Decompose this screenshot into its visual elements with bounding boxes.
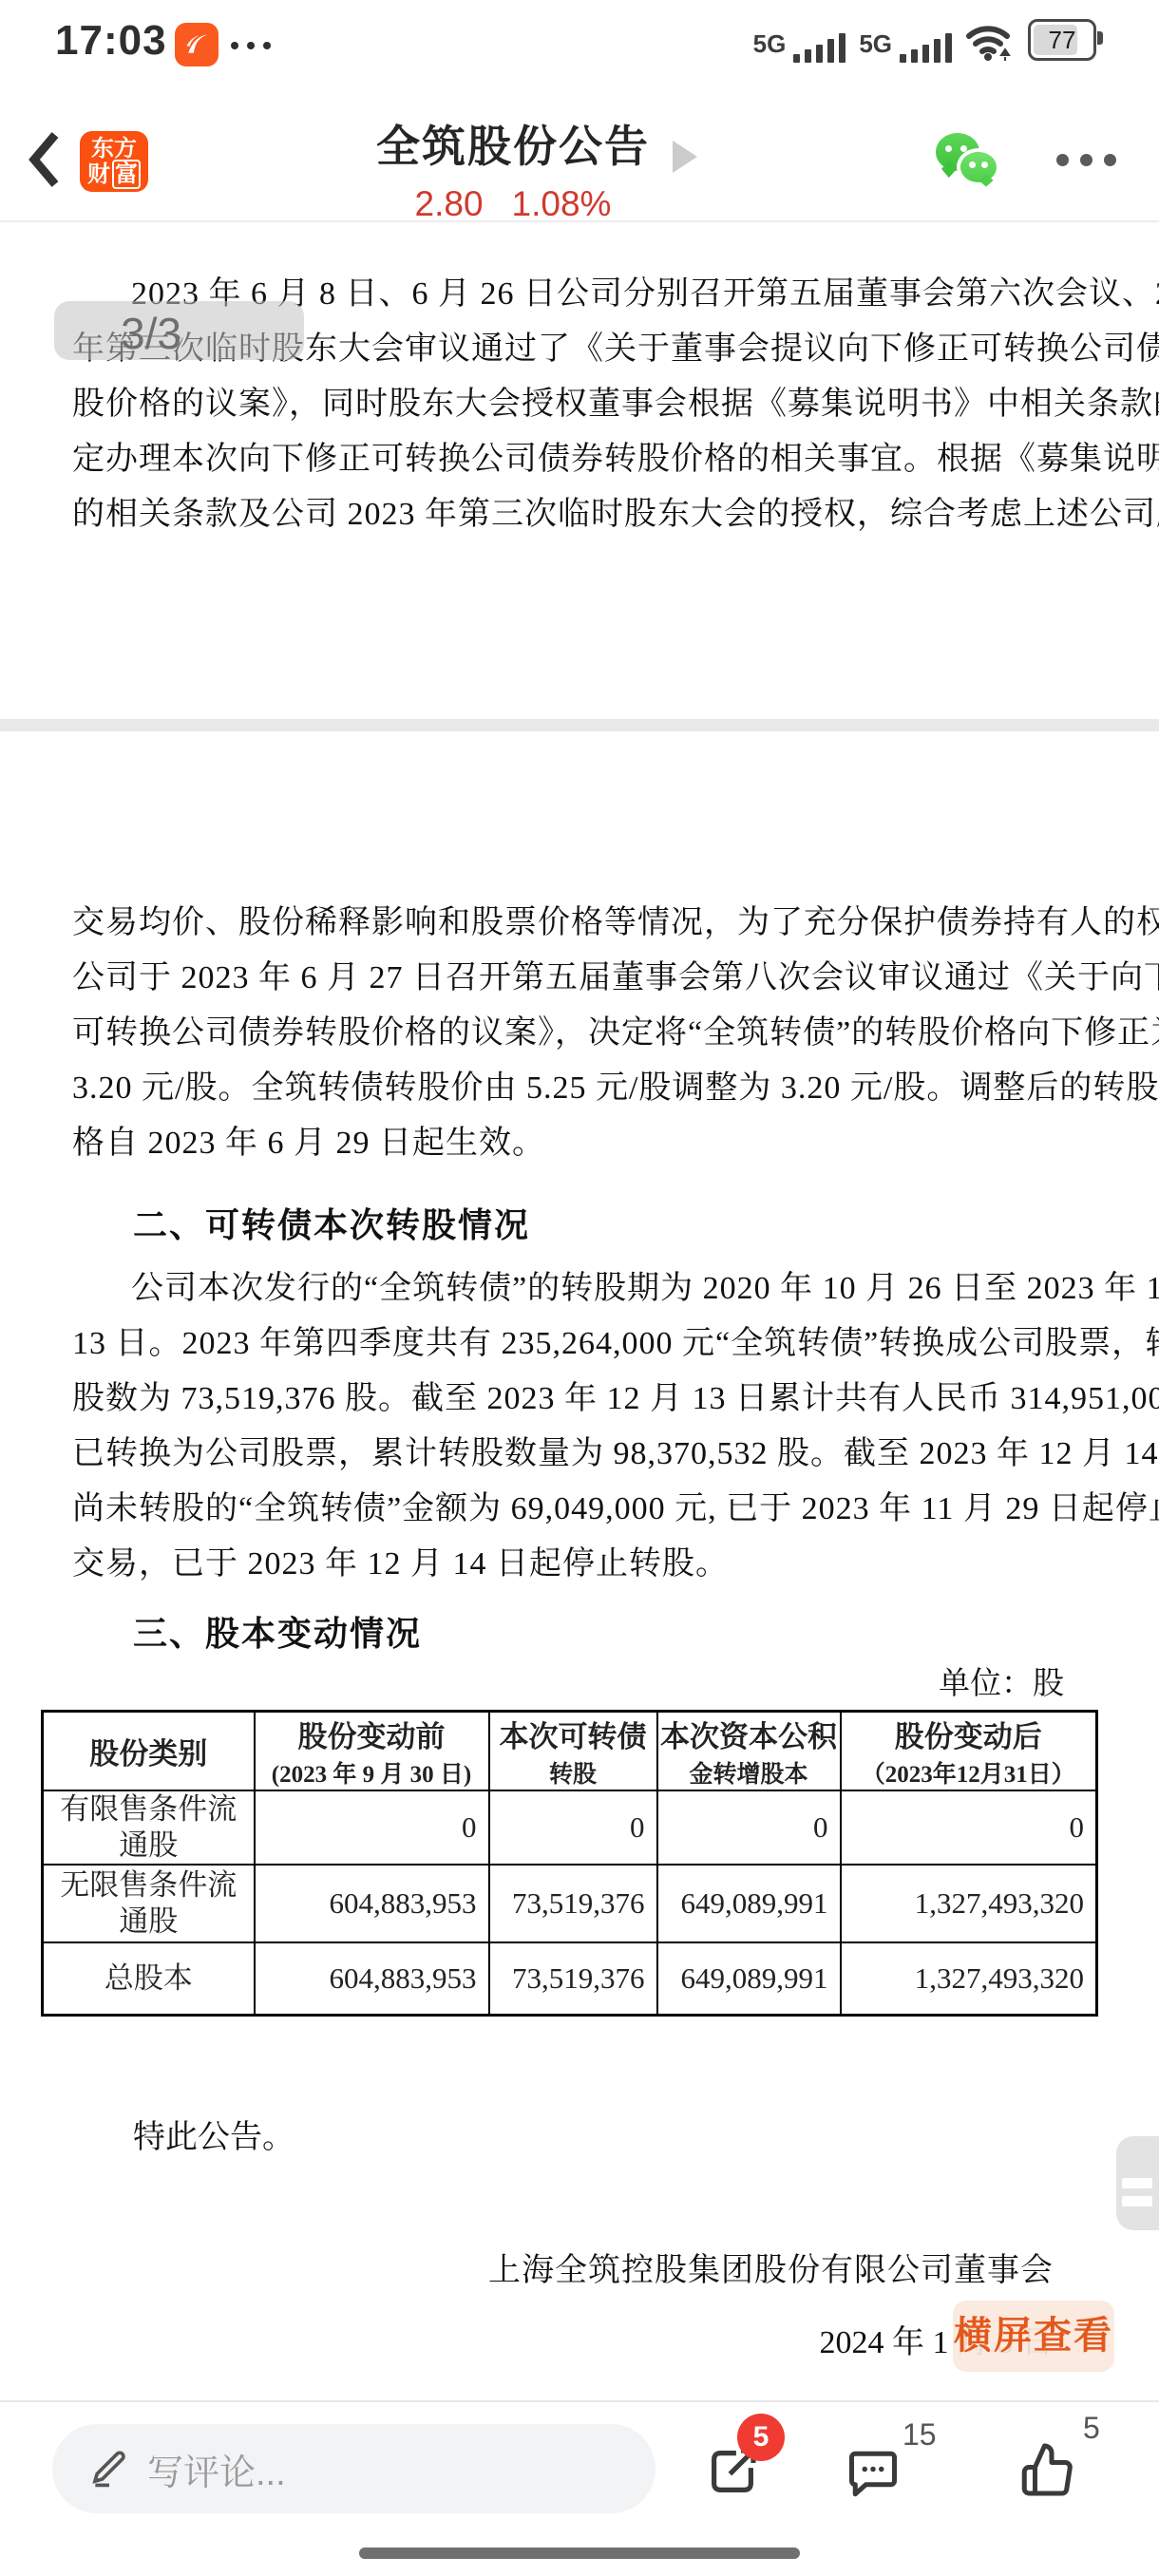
wifi-icon [965, 19, 1015, 63]
swoosh-icon [182, 30, 211, 59]
page-indicator-badge: 3/3 [54, 301, 304, 360]
section-heading-2: 二、可转债本次转股情况 [133, 1199, 530, 1247]
more-menu-icon[interactable] [1056, 154, 1116, 166]
unit-label: 单位：股 [939, 1658, 1064, 1703]
like-count: 5 [1083, 2411, 1100, 2446]
title-block[interactable]: 全筑股份公告 2.80 1.08% [313, 112, 712, 224]
col-header: 股份变动前(2023 年 9 月 30 日) [255, 1712, 489, 1791]
page-divider [0, 719, 1159, 731]
signal-icon-2: 5G [859, 33, 952, 66]
col-header: 股份类别 [43, 1712, 255, 1791]
landscape-view-button[interactable]: 横屏查看 [953, 2301, 1114, 2372]
pencil-icon [88, 2448, 130, 2490]
paragraph-2: 交易均价、股份稀释影响和股票价格等情况，为了充分保护债券持有人的权益， 公司于 … [72, 896, 1098, 1171]
comment-icon[interactable] [844, 2443, 902, 2500]
share-badge: 5 [737, 2414, 785, 2461]
status-right-cluster: 5G 5G 77 [753, 13, 1096, 66]
eastmoney-app-icon [175, 23, 218, 66]
stock-price: 2.80 [415, 184, 484, 224]
col-header: 本次可转债转股 [489, 1712, 657, 1791]
home-indicator[interactable] [359, 2548, 800, 2559]
status-ellipsis-icon [231, 42, 271, 49]
closing-line: 特此公告。 [133, 2111, 294, 2157]
signal-icon-1: 5G [753, 33, 846, 66]
table-row: 有限售条件流通股 0 0 0 0 [43, 1790, 1097, 1865]
play-triangle-icon[interactable] [673, 141, 697, 173]
back-icon[interactable] [27, 131, 61, 188]
status-time: 17:03 [55, 17, 167, 65]
comment-placeholder: 写评论... [147, 2443, 286, 2495]
paragraph-3: 公司本次发行的“全筑转债”的转股期为 2020 年 10 月 26 日至 202… [72, 1261, 1098, 1592]
stock-price-row: 2.80 1.08% [313, 184, 712, 224]
app-screen: 17:03 5G 5G 77 [0, 0, 1159, 2576]
signature-line: 上海全筑控股集团股份有限公司董事会 [488, 2244, 1054, 2290]
page-title: 全筑股份公告 [313, 112, 712, 175]
table-row: 无限售条件流通股 604,883,953 73,519,376 649,089,… [43, 1865, 1097, 1942]
stock-change: 1.08% [512, 184, 612, 224]
col-header: 本次资本公积金转增股本 [657, 1712, 841, 1791]
comment-count: 15 [902, 2417, 937, 2453]
table-row: 总股本 604,883,953 73,519,376 649,089,991 1… [43, 1942, 1097, 2015]
col-header: 股份变动后（2023年12月31日） [841, 1712, 1097, 1791]
battery-percent: 77 [1049, 26, 1076, 55]
page-indicator: 3/3 [121, 308, 181, 359]
section-heading-3: 三、股本变动情况 [133, 1607, 422, 1656]
eastmoney-logo[interactable]: 东方 财富 [80, 131, 148, 192]
comment-input[interactable]: 写评论... [52, 2424, 655, 2513]
table-header-row: 股份类别 股份变动前(2023 年 9 月 30 日) 本次可转债转股 本次资本… [43, 1712, 1097, 1791]
share-change-table: 股份类别 股份变动前(2023 年 9 月 30 日) 本次可转债转股 本次资本… [41, 1710, 1098, 2017]
battery-icon: 77 [1028, 19, 1096, 61]
scrollbar-handle[interactable] [1116, 2136, 1159, 2230]
clipped-text-line: 司债券转股价格修正方案等相关事项具体内容详见公司披露的相关公告文件 [72, 220, 1075, 235]
wechat-share-icon[interactable] [936, 131, 1004, 194]
like-icon[interactable] [1018, 2441, 1075, 2498]
